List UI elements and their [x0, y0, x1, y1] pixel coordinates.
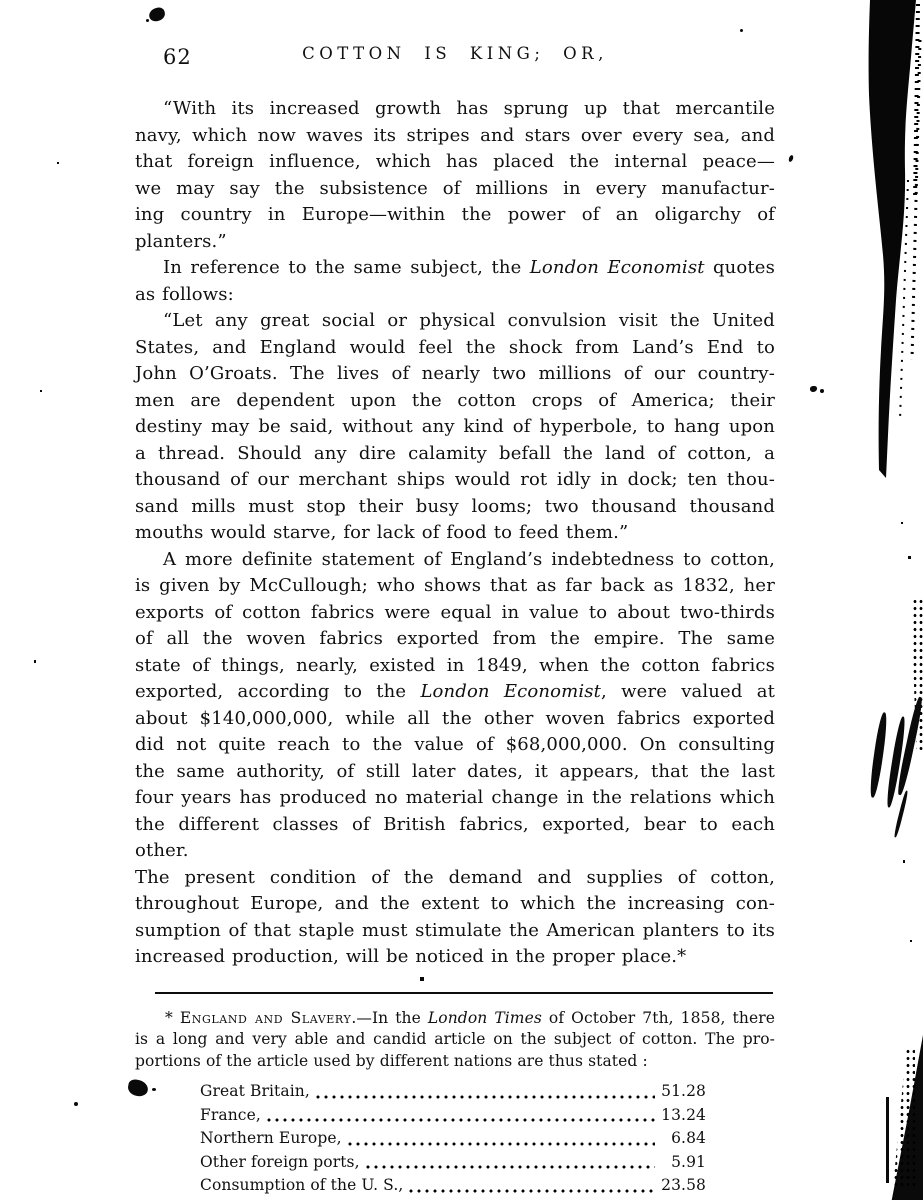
- dot-leader: [348, 1141, 655, 1147]
- scan-artifact-right-band: [860, 0, 923, 500]
- row-value: 5.91: [660, 1152, 706, 1174]
- text-line: we may say the subsistence of millions i…: [135, 176, 775, 203]
- text-line: The present condition of the demand and …: [135, 865, 775, 892]
- text-segment: quotes: [705, 257, 775, 278]
- scanned-book-page: 62 COTTON IS KING; OR, “With its increas…: [0, 0, 923, 1200]
- table-row: Northern Europe, 6.84: [200, 1126, 706, 1150]
- proportions-table: Great Britain, 51.28 France, 13.24 North…: [200, 1079, 706, 1197]
- text-line: as follows:: [135, 282, 775, 309]
- page-header: 62 COTTON IS KING; OR,: [135, 44, 775, 70]
- scan-artifact-line: [886, 1097, 889, 1183]
- paragraph-intro: In reference to the same subject, the Lo…: [135, 255, 775, 308]
- scan-artifact-dot: [910, 940, 912, 942]
- text-line: increased production, will be noticed in…: [135, 944, 775, 971]
- footnote: * England and Slavery.—In the London Tim…: [135, 1008, 775, 1197]
- text-segment: exported, according to the: [135, 681, 420, 702]
- text-line: exported, according to the London Econom…: [135, 679, 775, 706]
- dot-leader: [366, 1164, 655, 1170]
- row-label: Great Britain,: [200, 1081, 310, 1103]
- paragraph-statement: A more definite statement of England’s i…: [135, 547, 775, 971]
- text-line: mouths would starve, for lack of food to…: [135, 520, 775, 547]
- text-line: ing country in Europe—within the power o…: [135, 202, 775, 229]
- row-label: France,: [200, 1105, 261, 1127]
- italic-title: London Times: [428, 1009, 542, 1027]
- table-row: Great Britain, 51.28: [200, 1079, 706, 1103]
- scan-artifact-dot: [34, 660, 36, 663]
- text-line: John O’Groats. The lives of nearly two m…: [135, 361, 775, 388]
- text-line: sand mills must stop their busy looms; t…: [135, 494, 775, 521]
- row-label: Northern Europe,: [200, 1128, 342, 1150]
- text-line: the same authority, of still later dates…: [135, 759, 775, 786]
- text-line: A more definite statement of England’s i…: [135, 547, 775, 574]
- scan-artifact-streak: [893, 790, 908, 838]
- row-value: 6.84: [660, 1128, 706, 1150]
- running-title: COTTON IS KING; OR,: [135, 44, 775, 63]
- text-line: destiny may be said, without any kind of…: [135, 414, 775, 441]
- text-block: 62 COTTON IS KING; OR, “With its increas…: [135, 0, 775, 1197]
- smallcaps-heading: England and Slavery: [180, 1009, 351, 1027]
- paragraph-quote-1: “With its increased growth has sprung up…: [135, 96, 775, 255]
- table-row: France, 13.24: [200, 1103, 706, 1127]
- text-line: “With its increased growth has sprung up…: [135, 96, 775, 123]
- text-line: that foreign influence, which has placed…: [135, 149, 775, 176]
- text-segment: In reference to the same subject, the: [163, 257, 530, 278]
- table-row: Consumption of the U. S., 23.58: [200, 1173, 706, 1197]
- text-segment: of October 7th, 1858, there: [542, 1009, 775, 1027]
- scan-artifact-dot: [820, 389, 824, 393]
- text-line: States, and England would feel the shock…: [135, 335, 775, 362]
- dot-leader: [267, 1117, 655, 1123]
- scan-artifact-dot: [810, 386, 817, 392]
- page-number: 62: [163, 45, 192, 69]
- text-line: portions of the article used by differen…: [135, 1051, 775, 1073]
- footnote-asterisk: *: [165, 1009, 180, 1027]
- scan-artifact-dot: [57, 162, 59, 164]
- row-label: Consumption of the U. S.,: [200, 1175, 403, 1197]
- text-line: state of things, nearly, existed in 1849…: [135, 653, 775, 680]
- row-value: 23.58: [660, 1175, 706, 1197]
- text-line: about $140,000,000, while all the other …: [135, 706, 775, 733]
- text-line: exports of cotton fabrics were equal in …: [135, 600, 775, 627]
- row-label: Other foreign ports,: [200, 1152, 360, 1174]
- text-line: the different classes of British fabrics…: [135, 812, 775, 865]
- footnote-rule: [155, 992, 773, 994]
- scan-artifact-dot: [74, 1102, 78, 1106]
- table-row: Other foreign ports, 5.91: [200, 1150, 706, 1174]
- row-value: 51.28: [660, 1081, 706, 1103]
- text-line: In reference to the same subject, the Lo…: [135, 255, 775, 282]
- text-line: of all the woven fabrics exported from t…: [135, 626, 775, 653]
- scan-artifact-dot: [40, 390, 42, 392]
- text-line: * England and Slavery.—In the London Tim…: [135, 1008, 775, 1030]
- scan-artifact-dot: [788, 155, 794, 163]
- body-text: “With its increased growth has sprung up…: [135, 96, 775, 971]
- text-line: is a long and very able and candid artic…: [135, 1029, 775, 1051]
- text-line: did not quite reach to the value of $68,…: [135, 732, 775, 759]
- row-value: 13.24: [660, 1105, 706, 1127]
- text-line: sumption of that staple must stimulate t…: [135, 918, 775, 945]
- text-line: “Let any great social or physical convul…: [135, 308, 775, 335]
- text-line: four years has produced no material chan…: [135, 785, 775, 812]
- italic-title: London Economist: [420, 681, 601, 702]
- scan-artifact-speckle: [893, 1048, 915, 1188]
- dot-leader: [316, 1094, 655, 1100]
- scan-artifact-dot: [908, 556, 911, 559]
- scan-artifact-dot: [901, 522, 903, 524]
- text-line: navy, which now waves its stripes and st…: [135, 123, 775, 150]
- paragraph-quote-2: “Let any great social or physical convul…: [135, 308, 775, 547]
- scan-artifact-dot: [903, 860, 905, 863]
- dot-leader: [409, 1188, 655, 1194]
- text-line: throughout Europe, and the extent to whi…: [135, 891, 775, 918]
- text-segment: .—In the: [351, 1009, 428, 1027]
- italic-title: London Economist: [530, 257, 705, 278]
- text-line: a thread. Should any dire calamity befal…: [135, 441, 775, 468]
- text-segment: , were valued at: [601, 681, 775, 702]
- text-line: planters.”: [135, 229, 775, 256]
- text-line: men are dependent upon the cotton crops …: [135, 388, 775, 415]
- text-line: is given by McCullough; who shows that a…: [135, 573, 775, 600]
- text-line: thousand of our merchant ships would rot…: [135, 467, 775, 494]
- scan-artifact-slash: [868, 712, 889, 798]
